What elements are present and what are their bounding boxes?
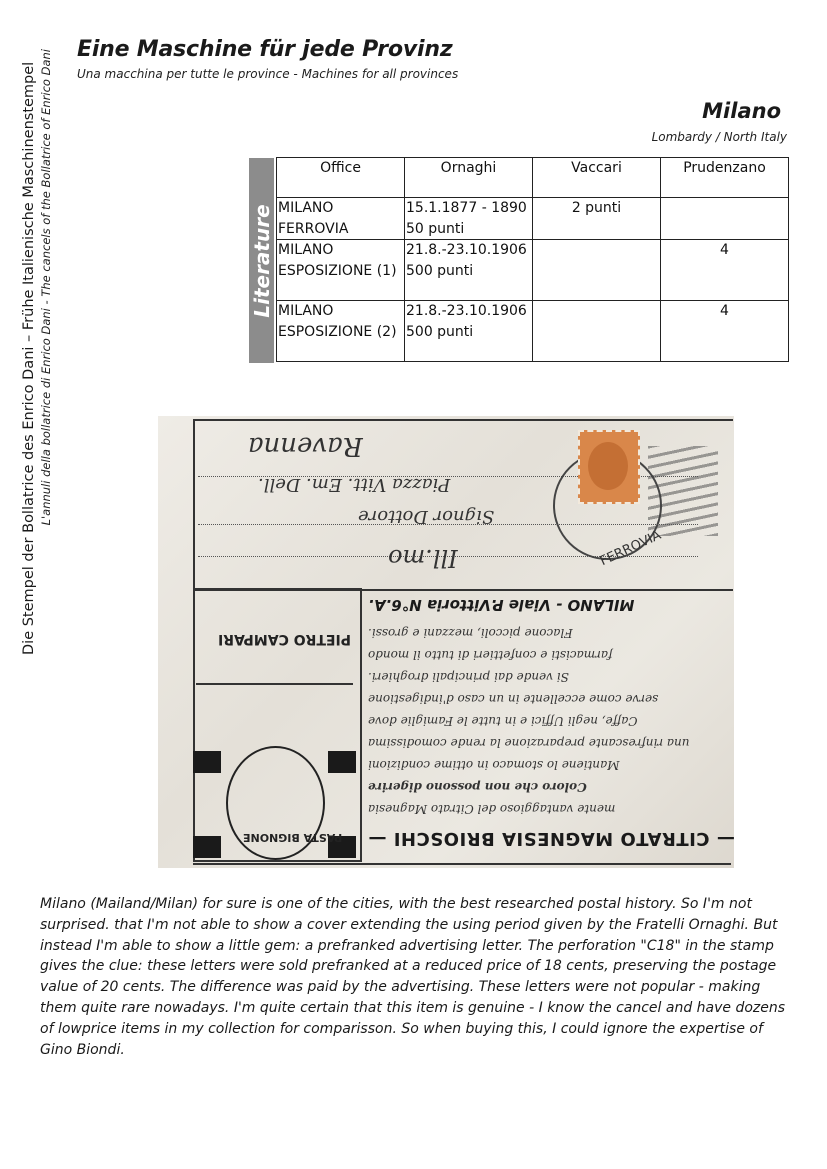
ad-script: Caffe, negli Uffici e in tutte le Famigl…	[368, 714, 638, 728]
table-row: MILANO ESPOSIZIONE (2) 21.8.-23.10.19065…	[277, 301, 789, 362]
ad-black-block	[328, 751, 356, 773]
ad-script: una rinfrescante preparazione la rende c…	[368, 736, 690, 750]
handwriting: Ravenna	[248, 431, 363, 461]
side-title-main: Die Stempel der Bollatrice des Enrico Da…	[20, 35, 38, 655]
col-vaccari: Vaccari	[533, 158, 661, 198]
office-cell: MILANO ESPOSIZIONE (2)	[277, 301, 405, 362]
ad-script: Mantiene lo stomaco in ottime condizioni	[368, 758, 619, 772]
ad-bignone-text: PASTA BIGNONE	[243, 831, 342, 844]
prudenzano-cell: 4	[661, 301, 789, 362]
handwriting: Piazza Vitt. Em. Dell.	[258, 474, 450, 495]
office-cell: MILANO FERROVIA	[277, 198, 405, 240]
ad-headline: — CITRATO MAGNESIA BRIOSCHI —	[368, 828, 734, 849]
ad-script: farmacisti e confettieri di tutto il mon…	[368, 648, 612, 662]
ornaghi-cell: 15.1.1877 - 189050 punti	[405, 198, 533, 240]
ornaghi-date: 21.8.-23.10.1906	[406, 240, 531, 261]
ad-script: Coloro che non possono digerire	[368, 780, 587, 794]
ad-milano-text: MILANO - Viale P.Vittoria N°6.A.	[368, 596, 634, 614]
ad-black-block	[193, 836, 221, 858]
stamp-icon	[578, 430, 640, 504]
ornaghi-date: 15.1.1877 - 1890	[406, 198, 531, 219]
literature-table: Office Ornaghi Vaccari Prudenzano MILANO…	[276, 157, 789, 362]
office-cell: MILANO ESPOSIZIONE (1)	[277, 240, 405, 301]
cover-bottom-rule	[193, 863, 731, 865]
ornaghi-date: 21.8.-23.10.1906	[406, 301, 531, 322]
city-name: Milano	[702, 99, 781, 123]
col-ornaghi: Ornaghi	[405, 158, 533, 198]
side-title-sub: L'annuli della bollatrice di Enrico Dani…	[38, 49, 54, 655]
cover-image: Ravenna Piazza Vitt. Em. Dell. Signor Do…	[158, 416, 734, 868]
handwriting: Ill.mo	[388, 544, 458, 572]
table-row: MILANO ESPOSIZIONE (1) 21.8.-23.10.19065…	[277, 240, 789, 301]
ornaghi-points: 50 punti	[406, 219, 531, 240]
ad-black-block	[193, 751, 221, 773]
page-subtitle: Una macchina per tutte le province - Mac…	[77, 67, 458, 81]
ornaghi-cell: 21.8.-23.10.1906500 punti	[405, 240, 533, 301]
ad-script: Si vende dai principali droghieri.	[368, 670, 569, 684]
handwriting: Signor Dottore	[358, 506, 494, 527]
col-office: Office	[277, 158, 405, 198]
region-name: Lombardy / North Italy	[652, 130, 787, 144]
side-title: Die Stempel der Bollatrice des Enrico Da…	[20, 35, 54, 655]
ad-script: mente vantaggioso del Citrato Magnesia	[368, 802, 615, 816]
ornaghi-points: 500 punti	[406, 322, 531, 343]
stamp-portrait	[588, 442, 628, 490]
vaccari-cell	[533, 301, 661, 362]
literature-label: Literature	[249, 158, 274, 363]
table-header-row: Office Ornaghi Vaccari Prudenzano	[277, 158, 789, 198]
ornaghi-cell: 21.8.-23.10.1906500 punti	[405, 301, 533, 362]
ornaghi-points: 500 punti	[406, 261, 531, 282]
col-prudenzano: Prudenzano	[661, 158, 789, 198]
ad-script: Flacone piccoli, mezzani e grossi.	[368, 626, 573, 640]
literature-label-text: Literature	[250, 204, 274, 317]
description-text: Milano (Mailand/Milan) for sure is one o…	[40, 894, 792, 1060]
vaccari-cell	[533, 240, 661, 301]
page-title: Eine Maschine für jede Provinz	[77, 37, 452, 62]
prudenzano-cell	[661, 198, 789, 240]
ad-campari-text: PIETRO CAMPARI	[218, 631, 351, 647]
ad-script: serve come eccellente in un caso d'indig…	[368, 692, 658, 706]
table-row: MILANO FERROVIA 15.1.1877 - 189050 punti…	[277, 198, 789, 240]
prudenzano-cell: 4	[661, 240, 789, 301]
vaccari-cell: 2 punti	[533, 198, 661, 240]
